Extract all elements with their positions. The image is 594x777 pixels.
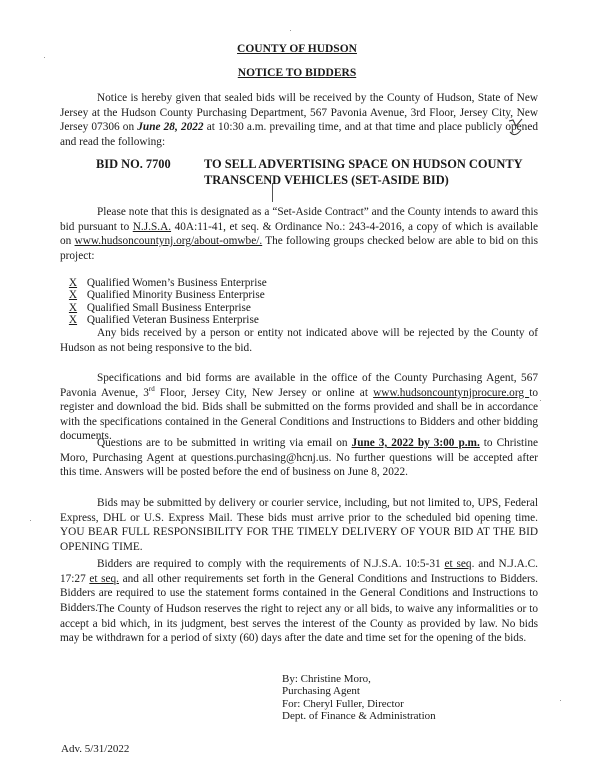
group-item: X Qualified Veteran Business Enterprise: [62, 314, 267, 326]
statute-reference: N.J.S.A.: [133, 221, 171, 233]
scan-speck: [290, 30, 291, 31]
page-heading: COUNTY OF HUDSON: [0, 42, 594, 57]
checkbox-mark: X: [62, 277, 84, 289]
rejection-paragraph: Any bids received by a person or entity …: [60, 326, 538, 355]
checkbox-mark: X: [62, 314, 84, 326]
advertised-date: Adv. 5/31/2022: [61, 742, 129, 757]
notice-page: COUNTY OF HUDSON NOTICE TO BIDDERS Notic…: [0, 0, 594, 777]
scan-speck: [44, 57, 45, 58]
group-item: X Qualified Women’s Business Enterprise: [62, 277, 267, 289]
checkbox-mark: X: [62, 302, 84, 314]
set-aside-paragraph: Please note that this is designated as a…: [60, 205, 538, 263]
scan-speck: [540, 400, 541, 401]
omwbe-link[interactable]: www.hudsoncountynj.org/about-omwbe/.: [75, 235, 263, 247]
questions-paragraph: Questions are to be submitted in writing…: [60, 436, 538, 480]
specifications-paragraph: Specifications and bid forms are availab…: [60, 371, 538, 444]
reservation-paragraph: The County of Hudson reserves the right …: [60, 602, 538, 646]
signature-block: By: Christine Moro, Purchasing Agent For…: [282, 673, 436, 722]
group-item: X Qualified Minority Business Enterprise: [62, 289, 267, 301]
procurement-link[interactable]: www.hudsoncountynjprocure.org: [373, 387, 529, 399]
checkbox-mark: X: [62, 289, 84, 301]
bid-opening-date: June 28, 2022: [137, 121, 203, 133]
director-line: For: Cheryl Fuller, Director: [282, 698, 436, 710]
questions-deadline: June 3, 2022 by 3:00 p.m.: [352, 437, 480, 449]
eligible-groups-list: X Qualified Women’s Business Enterprise …: [62, 277, 267, 326]
scan-speck: [560, 700, 561, 701]
scan-speck: [30, 520, 31, 521]
scan-mark: [272, 183, 273, 202]
handwritten-mark-icon: [507, 118, 525, 140]
bid-title: TO SELL ADVERTISING SPACE ON HUDSON COUN…: [204, 156, 554, 188]
delivery-paragraph: Bids may be submitted by delivery or cou…: [60, 496, 538, 554]
bid-number: BID NO. 7700: [96, 156, 171, 172]
intro-paragraph: Notice is hereby given that sealed bids …: [60, 91, 538, 149]
signer-title: Purchasing Agent: [282, 685, 436, 697]
signer-name: By: Christine Moro,: [282, 673, 436, 685]
page-subheading: NOTICE TO BIDDERS: [0, 66, 594, 81]
department-line: Dept. of Finance & Administration: [282, 710, 436, 722]
group-item: X Qualified Small Business Enterprise: [62, 302, 267, 314]
